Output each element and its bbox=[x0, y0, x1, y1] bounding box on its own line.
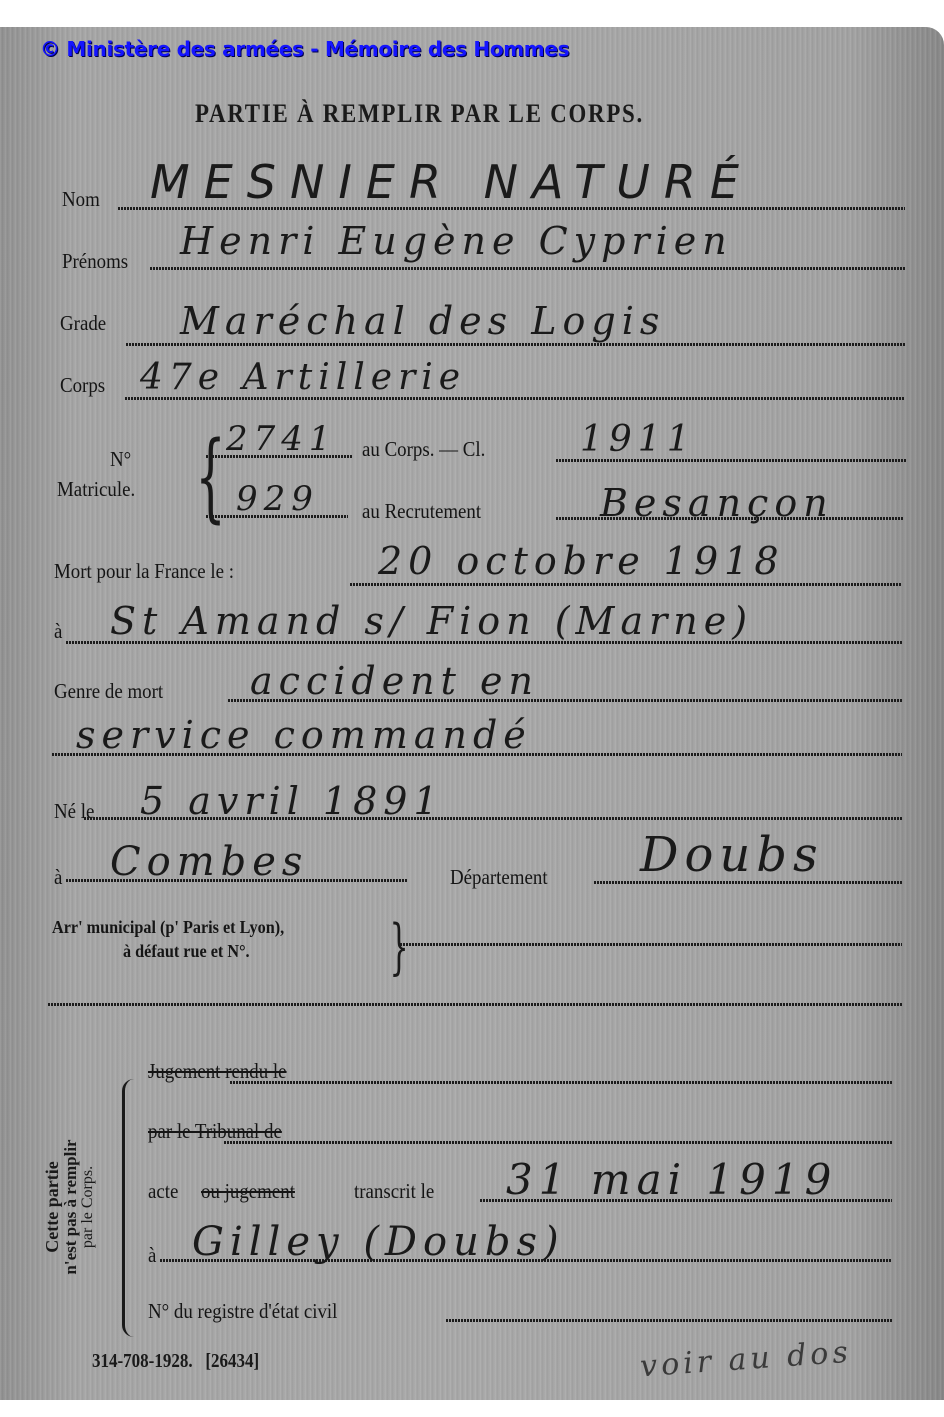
label-ou-jugement: ou jugement bbox=[201, 1179, 295, 1204]
label-ne-le: Né le bbox=[54, 799, 94, 824]
handwritten-note: voir au dos bbox=[639, 1335, 853, 1385]
label-acte: acte bbox=[148, 1179, 178, 1204]
label-arr-municipal-1: Arr' municipal (p' Paris et Lyon), bbox=[52, 917, 284, 938]
value-grade: Maréchal des Logis bbox=[180, 299, 665, 343]
arr-municipal-line-2 bbox=[48, 1003, 902, 1006]
value-nom: MESNIER NATURÉ bbox=[150, 155, 753, 209]
label-lieu-naissance: à bbox=[54, 865, 62, 890]
label-arr-municipal-2: à défaut rue et N°. bbox=[123, 941, 250, 962]
side-note-line-2: n'est pas à remplir bbox=[62, 1077, 80, 1337]
value-lieu-deces: St Amand s/ Fion (Marne) bbox=[110, 599, 753, 643]
no-registre-line bbox=[446, 1319, 892, 1322]
label-au-recrutement: au Recrutement bbox=[362, 499, 481, 524]
value-lieu-naissance: Combes bbox=[110, 839, 308, 885]
value-genre-de-mort-2: service commandé bbox=[76, 713, 532, 757]
value-matricule-corps: 2741 bbox=[226, 419, 337, 459]
label-genre-de-mort: Genre de mort bbox=[54, 679, 163, 704]
value-classe: 1911 bbox=[580, 419, 696, 460]
date-deces-line bbox=[350, 583, 902, 586]
value-date-transcription: 31 mai 1919 bbox=[506, 1155, 837, 1204]
label-prenoms: Prénoms bbox=[62, 249, 128, 274]
label-lieu-deces: à bbox=[54, 619, 62, 644]
side-note-line-3: par le Corps. bbox=[80, 1077, 97, 1337]
label-matricule-no: N° bbox=[110, 447, 131, 472]
label-au-corps: au Corps. — Cl. bbox=[362, 437, 485, 462]
form-title: PARTIE À REMPLIR PAR LE CORPS. bbox=[195, 99, 644, 129]
print-code-number: 314-708-1928. bbox=[92, 1350, 193, 1372]
tribunal-line bbox=[224, 1141, 892, 1144]
jugement-rendu-line bbox=[230, 1081, 892, 1084]
label-transcrit-le: transcrit le bbox=[354, 1179, 434, 1204]
label-lieu-transcription: à bbox=[148, 1243, 156, 1268]
side-note: Cette partie n'est pas à remplir par le … bbox=[43, 1077, 97, 1337]
value-genre-de-mort-1: accident en bbox=[250, 659, 539, 703]
label-departement: Département bbox=[450, 865, 548, 890]
prenoms-line bbox=[150, 267, 905, 270]
print-ref: [26434] bbox=[205, 1350, 259, 1372]
print-code: 314-708-1928. [26434] bbox=[92, 1350, 259, 1373]
label-corps: Corps bbox=[60, 373, 105, 398]
copyright-watermark: © Ministère des armées - Mémoire des Hom… bbox=[40, 37, 569, 61]
value-departement: Doubs bbox=[640, 827, 824, 883]
side-note-line-1: Cette partie bbox=[43, 1077, 62, 1337]
label-nom: Nom bbox=[62, 187, 100, 212]
value-recrutement: Besançon bbox=[600, 481, 834, 525]
value-matricule-recrutement: 929 bbox=[236, 479, 319, 519]
arr-municipal-brace: { bbox=[390, 917, 409, 977]
value-prenoms: Henri Eugène Cyprien bbox=[180, 219, 733, 263]
label-no-registre: N° du registre d'état civil bbox=[148, 1299, 337, 1324]
value-date-naissance: 5 avril 1891 bbox=[140, 779, 444, 823]
label-grade: Grade bbox=[60, 311, 106, 336]
label-matricule: Matricule. bbox=[57, 477, 135, 502]
value-date-deces: 20 octobre 1918 bbox=[378, 539, 785, 583]
value-lieu-transcription: Gilley (Doubs) bbox=[192, 1219, 565, 1265]
value-corps: 47e Artillerie bbox=[140, 357, 466, 398]
death-record-card: © Ministère des armées - Mémoire des Hom… bbox=[0, 27, 944, 1400]
side-brace bbox=[122, 1079, 136, 1337]
arr-municipal-line bbox=[400, 943, 902, 946]
label-mort-pour-la-france: Mort pour la France le : bbox=[54, 559, 234, 584]
grade-line bbox=[126, 343, 906, 346]
matricule-brace: { bbox=[195, 429, 226, 525]
